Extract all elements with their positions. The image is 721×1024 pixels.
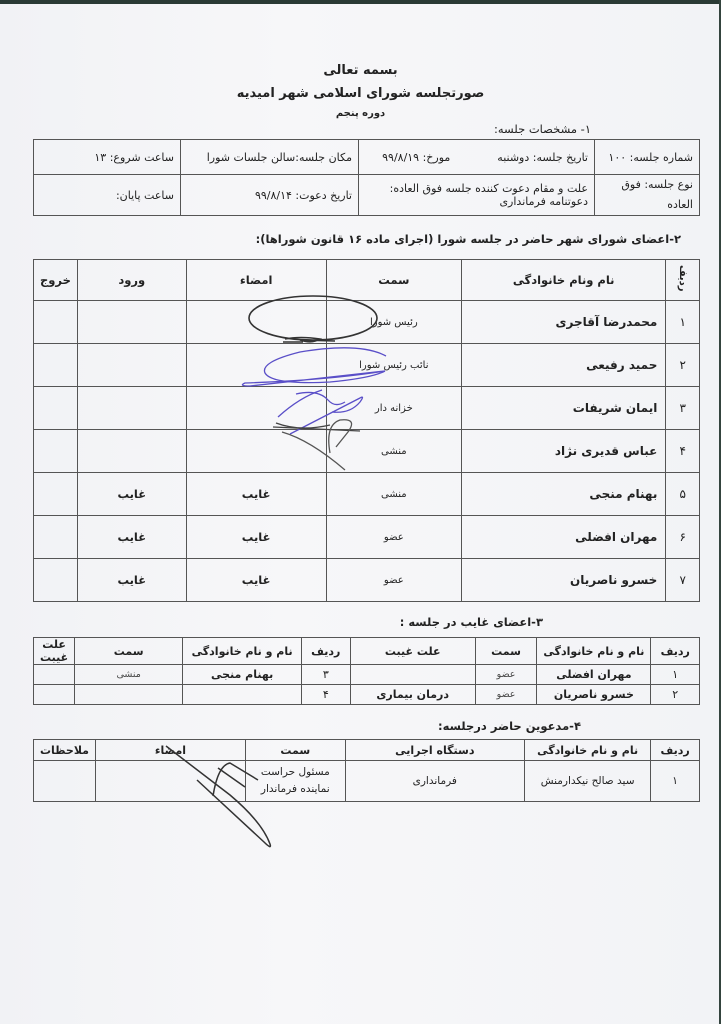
col-row-number: ردیف (666, 260, 700, 301)
col-signature: امضاء (96, 740, 246, 761)
member-role: منشی (326, 430, 461, 473)
section2-title: ۲-اعضای شورای شهر حاضر در جلسه شورا (اجر… (256, 232, 681, 246)
member-exit (34, 516, 78, 559)
member-name: ایمان شریفات (462, 387, 666, 430)
member-number: ۶ (666, 516, 700, 559)
col-row-number: ردیف (651, 740, 700, 761)
member-name: محمدرضا آقاجری (462, 301, 666, 344)
session-details-table: شماره جلسه: ۱۰۰ تاریخ جلسه: دوشنبه مورخ:… (33, 139, 700, 216)
member-row: ۶ مهران افضلی عضو غایب غایب (34, 516, 700, 559)
guest-signature (96, 761, 246, 802)
col-role: سمت (475, 638, 537, 665)
col-name: نام و نام خانوادگی (183, 638, 302, 665)
member-entry (77, 301, 186, 344)
session-location: مکان جلسه:سالن جلسات شورا (181, 140, 359, 175)
col-role: سمت (326, 260, 461, 301)
col-exit: خروج (34, 260, 78, 301)
session-details-row-2: نوع جلسه: فوق العاده علت و مقام دعوت کنن… (34, 175, 700, 216)
member-row: ۳ ایمان شریفات خزانه دار (34, 387, 700, 430)
absent-role: عضو (475, 685, 537, 705)
section4-title: ۴-مدعوین حاضر درجلسه: (438, 719, 581, 733)
member-row: ۱ محمدرضا آقاجری رئیس شورا (34, 301, 700, 344)
member-entry (77, 430, 186, 473)
present-members-table: ردیف نام ونام خانوادگی سمت امضاء ورود خر… (33, 259, 700, 602)
document-subtitle: دوره پنجم (0, 108, 721, 119)
invited-guests-header: ردیف نام و نام خانوادگی دستگاه اجرایی سم… (34, 740, 700, 761)
member-row: ۴ عباس قدیری نژاد منشی (34, 430, 700, 473)
member-signature (186, 387, 326, 430)
member-entry: غایب (77, 516, 186, 559)
guest-name: سید صالح نیکدارمنش (525, 761, 651, 802)
invited-guests-table: ردیف نام و نام خانوادگی دستگاه اجرایی سم… (33, 739, 700, 802)
member-number: ۲ (666, 344, 700, 387)
guest-notes (34, 761, 96, 802)
invitation-date: تاریخ دعوت: ۹۹/۸/۱۴ (181, 175, 359, 216)
member-entry: غایب (77, 473, 186, 516)
present-members-header: ردیف نام ونام خانوادگی سمت امضاء ورود خر… (34, 260, 700, 301)
member-exit (34, 559, 78, 602)
section3-title: ۳-اعضای غایب در جلسه : (400, 615, 543, 629)
member-exit (34, 430, 78, 473)
section1-title: ۱- مشخصات جلسه: (494, 122, 591, 136)
member-name: عباس قدیری نژاد (462, 430, 666, 473)
member-role: عضو (326, 559, 461, 602)
absent-row: ۲ خسرو ناصریان عضو درمان بیماری ۴ (34, 685, 700, 705)
col-role: سمت (246, 740, 346, 761)
member-number: ۵ (666, 473, 700, 516)
member-name: حمید رفیعی (462, 344, 666, 387)
col-entry: ورود (77, 260, 186, 301)
member-name: مهران افضلی (462, 516, 666, 559)
member-exit (34, 344, 78, 387)
scanned-document-page: بسمه تعالی صورتجلسه شورای اسلامی شهر امی… (0, 0, 721, 1024)
member-entry (77, 344, 186, 387)
member-signature (186, 301, 326, 344)
member-role: عضو (326, 516, 461, 559)
guest-number: ۱ (651, 761, 700, 802)
member-role: منشی (326, 473, 461, 516)
session-date: تاریخ جلسه: دوشنبه (497, 151, 588, 164)
member-row: ۵ بهنام منجی منشی غایب غایب (34, 473, 700, 516)
document-invocation: بسمه تعالی (0, 63, 721, 78)
absent-name: مهران افضلی (537, 665, 651, 685)
absent-row: ۱ مهران افضلی عضو ۳ بهنام منجی منشی (34, 665, 700, 685)
col-name: نام ونام خانوادگی (462, 260, 666, 301)
guest-role-line1: مسئول حراست (252, 764, 339, 781)
absent-name (183, 685, 302, 705)
guest-role: مسئول حراست نماینده فرماندار (246, 761, 346, 802)
member-number: ۳ (666, 387, 700, 430)
document-title: صورتجلسه شورای اسلامی شهر امیدیه (0, 86, 721, 101)
guest-row: ۱ سید صالح نیکدارمنش فرمانداری مسئول حرا… (34, 761, 700, 802)
absent-number: ۳ (302, 665, 351, 685)
col-name: نام و نام خانوادگی (537, 638, 651, 665)
member-row: ۲ حمید رفیعی نائب رئیس شورا (34, 344, 700, 387)
guest-agency: فرمانداری (345, 761, 524, 802)
guest-role-line2: نماینده فرماندار (252, 781, 339, 798)
member-entry: غایب (77, 559, 186, 602)
absent-number: ۲ (651, 685, 700, 705)
member-number: ۷ (666, 559, 700, 602)
col-row-number: ردیف (651, 638, 700, 665)
member-role: نائب رئیس شورا (326, 344, 461, 387)
absent-members-header: ردیف نام و نام خانوادگی سمت علت غیبت ردی… (34, 638, 700, 665)
session-dated: مورخ: ۹۹/۸/۱۹ (382, 151, 450, 164)
member-signature: غایب (186, 559, 326, 602)
member-signature (186, 344, 326, 387)
absent-reason (34, 685, 75, 705)
session-end-time: ساعت پایان: (34, 175, 181, 216)
member-signature: غایب (186, 473, 326, 516)
session-reason: علت و مقام دعوت کننده جلسه فوق العاده: د… (359, 175, 595, 216)
session-start-time: ساعت شروع: ۱۳ (34, 140, 181, 175)
col-row-number: ردیف (302, 638, 351, 665)
absent-number: ۴ (302, 685, 351, 705)
member-row: ۷ خسرو ناصریان عضو غایب غایب (34, 559, 700, 602)
member-entry (77, 387, 186, 430)
session-type: نوع جلسه: فوق العاده (595, 175, 700, 216)
absent-role (75, 685, 183, 705)
member-role: خزانه دار (326, 387, 461, 430)
absent-reason (34, 665, 75, 685)
col-role: سمت (75, 638, 183, 665)
session-date-cell: تاریخ جلسه: دوشنبه مورخ: ۹۹/۸/۱۹ (359, 140, 595, 175)
absent-role: منشی (75, 665, 183, 685)
col-absence-reason: علت غیبت (350, 638, 475, 665)
member-exit (34, 387, 78, 430)
col-signature: امضاء (186, 260, 326, 301)
member-exit (34, 301, 78, 344)
col-notes: ملاحظات (34, 740, 96, 761)
member-number: ۴ (666, 430, 700, 473)
member-number: ۱ (666, 301, 700, 344)
member-role: رئیس شورا (326, 301, 461, 344)
member-signature (186, 430, 326, 473)
absent-name: خسرو ناصریان (537, 685, 651, 705)
absent-role: عضو (475, 665, 537, 685)
col-absence-reason: علت غیبت (34, 638, 75, 665)
session-number: شماره جلسه: ۱۰۰ (595, 140, 700, 175)
member-name: بهنام منجی (462, 473, 666, 516)
absent-reason: درمان بیماری (350, 685, 475, 705)
absent-number: ۱ (651, 665, 700, 685)
col-name: نام و نام خانوادگی (525, 740, 651, 761)
session-details-row-1: شماره جلسه: ۱۰۰ تاریخ جلسه: دوشنبه مورخ:… (34, 140, 700, 175)
scan-top-edge (0, 0, 721, 4)
col-agency: دستگاه اجرایی (345, 740, 524, 761)
absent-members-table: ردیف نام و نام خانوادگی سمت علت غیبت ردی… (33, 637, 700, 705)
member-name: خسرو ناصریان (462, 559, 666, 602)
member-signature: غایب (186, 516, 326, 559)
absent-reason (350, 665, 475, 685)
absent-name: بهنام منجی (183, 665, 302, 685)
member-exit (34, 473, 78, 516)
